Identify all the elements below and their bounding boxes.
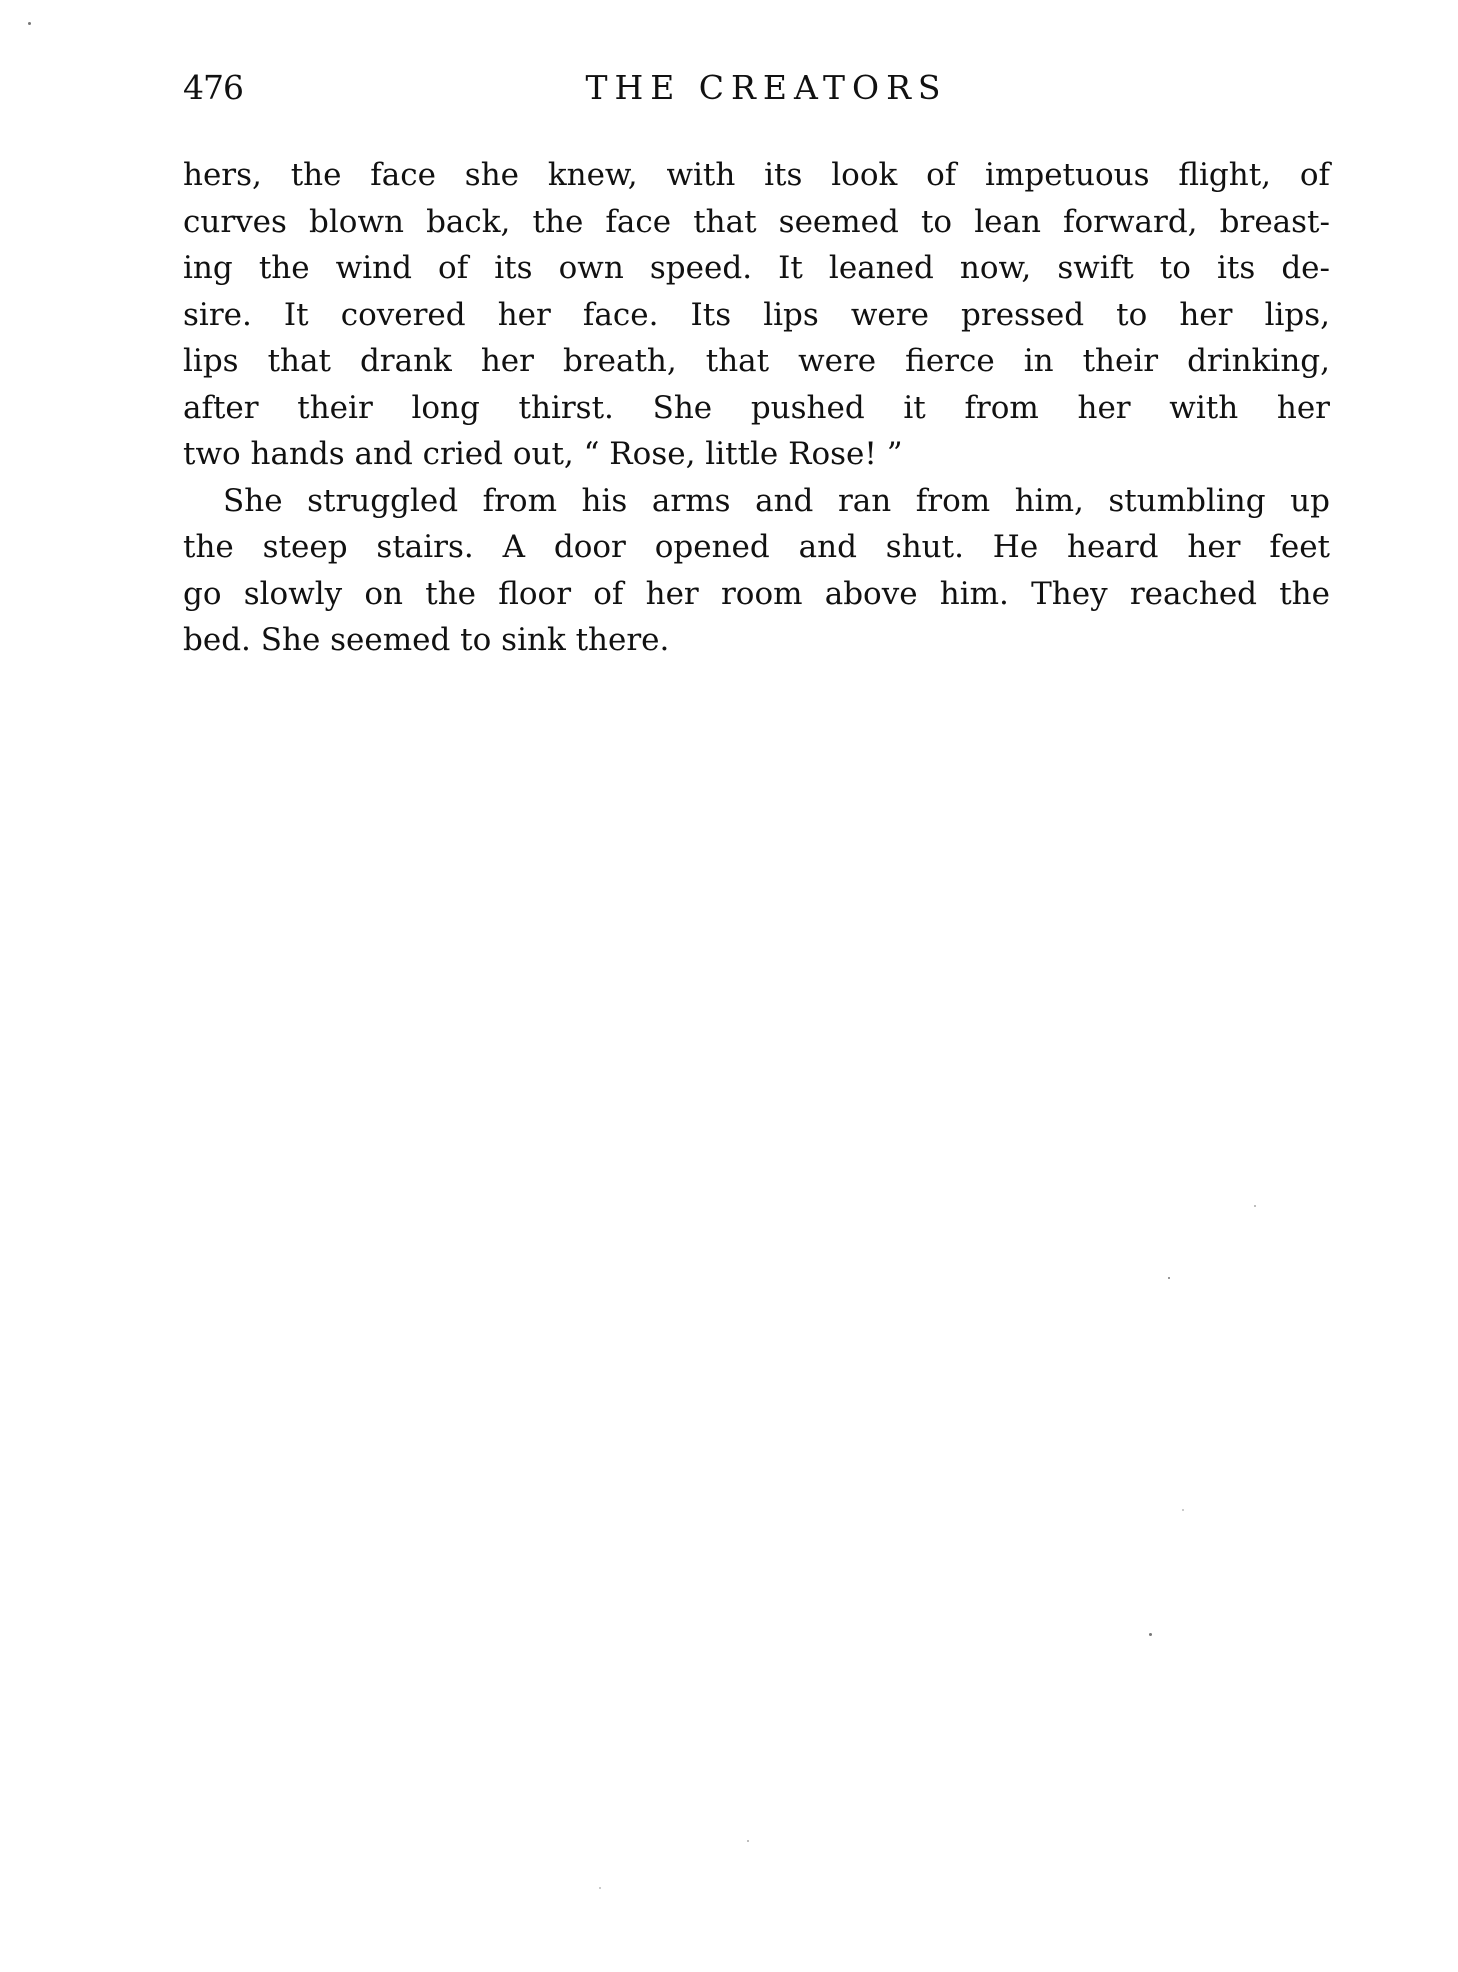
scan-speck [1254,1205,1256,1207]
text-line: curves blown back, the face that seemed … [183,199,1330,246]
scan-speck [1182,1509,1184,1511]
scan-speck [1149,1633,1152,1636]
text-line: two hands and cried out, “ Rose, little … [183,431,1330,478]
running-title: THE CREATORS [183,64,1330,112]
text-line: ing the wind of its own speed. It leaned… [183,245,1330,292]
scan-speck [28,22,31,25]
text-line: lips that drank her breath, that were fi… [183,338,1330,385]
paragraph-2: She struggled from his arms and ran from… [183,478,1330,664]
text-line: sire. It covered her face. Its lips were… [183,292,1330,339]
text-line: after their long thirst. She pushed it f… [183,385,1330,432]
body-text: hers, the face she knew, with its look o… [183,152,1330,664]
paragraph-1: hers, the face she knew, with its look o… [183,152,1330,478]
text-line: the steep stairs. A door opened and shut… [183,524,1330,571]
text-line: go slowly on the floor of her room above… [183,571,1330,618]
text-line: bed. She seemed to sink there. [183,617,1330,664]
scan-speck [1168,1277,1170,1279]
scan-speck [599,1887,601,1889]
text-line: She struggled from his arms and ran from… [183,478,1330,525]
text-line: hers, the face she knew, with its look o… [183,152,1330,199]
scan-speck [747,1840,749,1842]
page-header: 476 THE CREATORS [183,64,1330,112]
